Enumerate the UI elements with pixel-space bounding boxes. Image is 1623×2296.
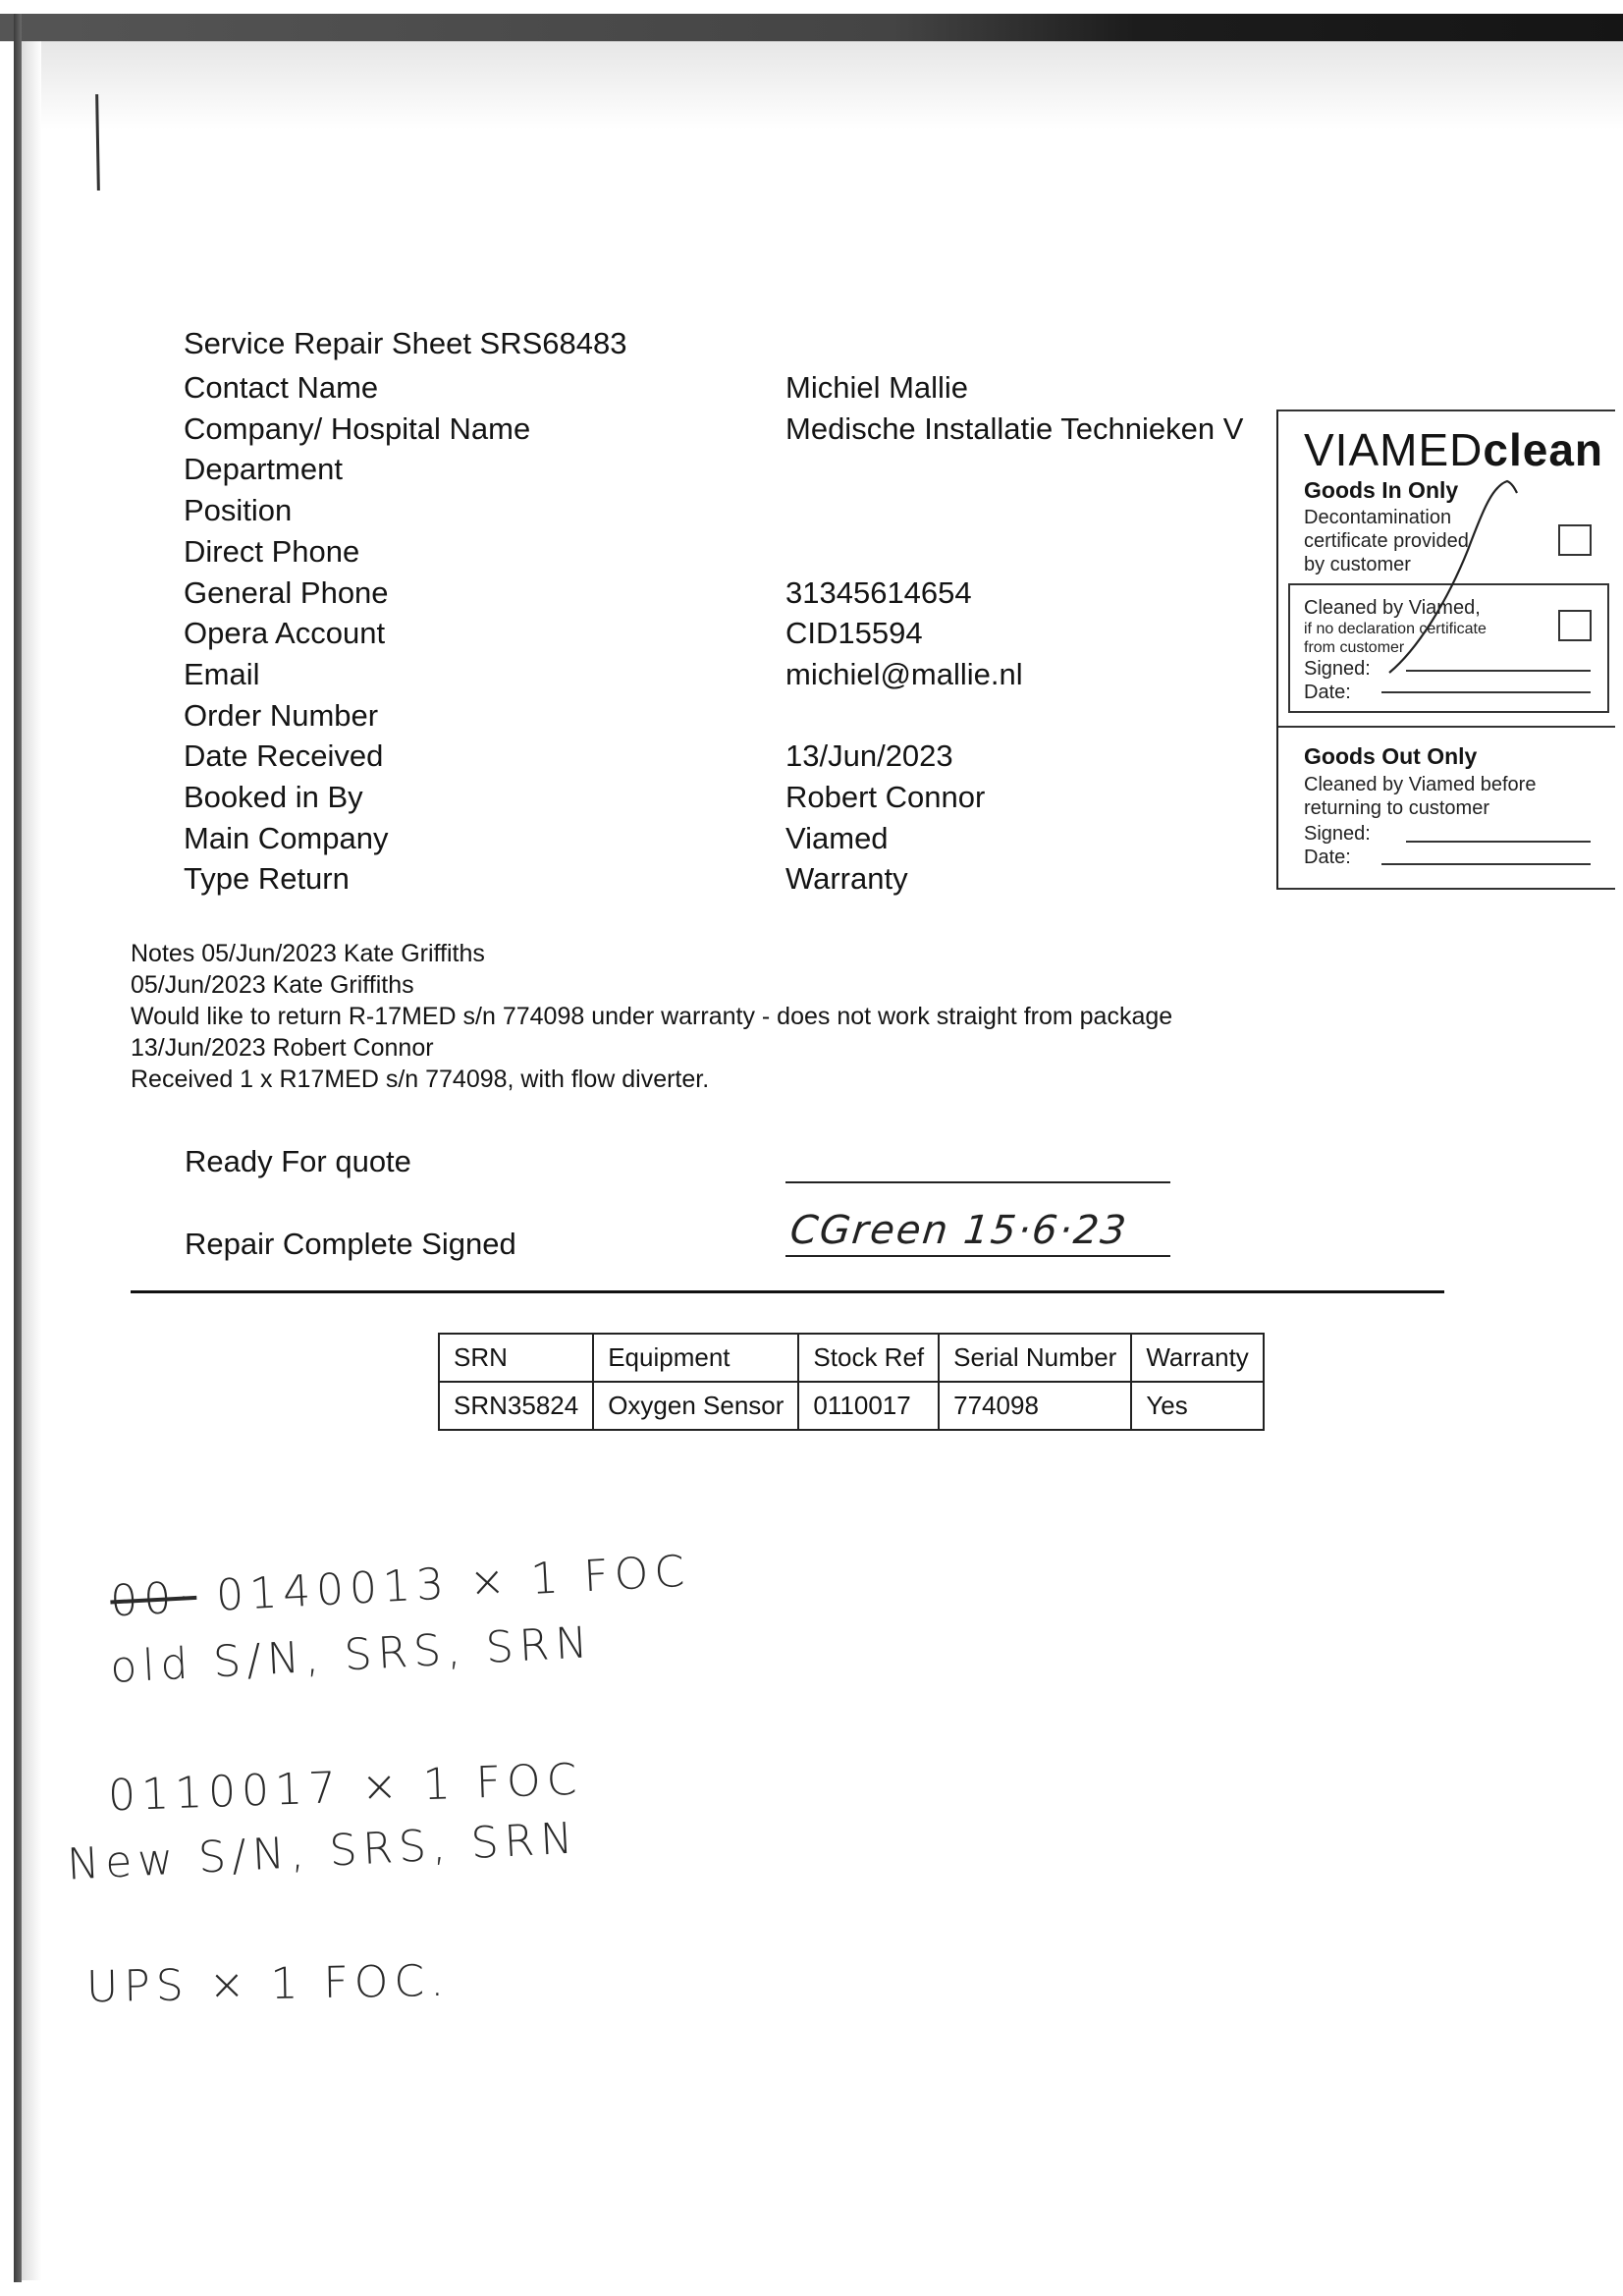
field-value: michiel@mallie.nl [785, 654, 1023, 695]
table-cell: Yes [1131, 1382, 1264, 1430]
ready-for-quote-line [785, 1181, 1170, 1183]
scan-border-left [14, 14, 22, 2282]
field-value: Warranty [785, 858, 908, 900]
struck-prefix: 00· [109, 1572, 198, 1627]
column-header: Stock Ref [798, 1334, 939, 1382]
table-cell: 774098 [939, 1382, 1131, 1430]
table-row: SRN35824Oxygen Sensor0110017774098Yes [439, 1382, 1264, 1430]
note-line: Received 1 x R17MED s/n 774098, with flo… [131, 1064, 709, 1095]
field-label: General Phone [184, 573, 389, 614]
field-label: Direct Phone [184, 531, 359, 573]
goods-out-signed-line [1406, 841, 1591, 843]
page-shadow [22, 41, 1623, 130]
sheet-title: Service Repair Sheet SRS68483 [184, 326, 626, 361]
field-label: Main Company [184, 818, 388, 859]
field-label: Opera Account [184, 613, 385, 654]
field-value: Robert Connor [785, 777, 985, 818]
note-line: Would like to return R-17MED s/n 774098 … [131, 1001, 1172, 1032]
scan-border-top [0, 14, 1623, 41]
field-value: 31345614654 [785, 573, 972, 614]
field-label: Order Number [184, 695, 378, 737]
handwritten-line-2: old S/N, SRS, SRN [109, 1617, 595, 1693]
field-label: Contact Name [184, 367, 378, 409]
cleaned-date-line [1381, 691, 1591, 693]
handwritten-line-5: UPS × 1 FOC. [86, 1956, 451, 2012]
stamp-divider [1278, 726, 1615, 728]
field-value: Viamed [785, 818, 889, 859]
repair-complete-label: Repair Complete Signed [185, 1227, 516, 1262]
field-label: Date Received [184, 736, 383, 777]
field-value: Michiel Mallie [785, 367, 968, 409]
handwritten-tick-mark [1350, 471, 1546, 687]
repair-signature: CGreen 15·6·23 [788, 1208, 1130, 1253]
cleaned-by-viamed-checkbox[interactable] [1558, 610, 1592, 641]
field-label: Type Return [184, 858, 350, 900]
column-header: Equipment [593, 1334, 798, 1382]
table-cell: 0110017 [798, 1382, 939, 1430]
field-label: Booked in By [184, 777, 363, 818]
column-header: Serial Number [939, 1334, 1131, 1382]
field-label: Department [184, 449, 343, 490]
handwritten-line-3: 0110017 × 1 FOC [107, 1755, 583, 1822]
goods-out-date-line [1381, 863, 1591, 865]
field-value: CID15594 [785, 613, 923, 654]
goods-out-heading: Goods Out Only [1304, 743, 1477, 770]
field-value: 13/Jun/2023 [785, 736, 953, 777]
equipment-table: SRNEquipmentStock RefSerial NumberWarran… [438, 1333, 1265, 1431]
page-edge-shadow [22, 41, 41, 2280]
decon-certificate-checkbox[interactable] [1558, 524, 1592, 556]
repair-complete-line [785, 1255, 1170, 1257]
handwritten-line-1: 00· 0140013 × 1 FOC [109, 1547, 691, 1627]
field-value: Medische Installatie Technieken V [785, 409, 1243, 450]
table-header-row: SRNEquipmentStock RefSerial NumberWarran… [439, 1334, 1264, 1382]
field-label: Company/ Hospital Name [184, 409, 530, 450]
handwritten-line-4: New S/N, SRS, SRN [66, 1813, 579, 1889]
viamed-clean-logo: VIAMEDclean [1304, 423, 1603, 476]
table-cell: Oxygen Sensor [593, 1382, 798, 1430]
table-cell: SRN35824 [439, 1382, 593, 1430]
column-header: SRN [439, 1334, 593, 1382]
note-line: 05/Jun/2023 Kate Griffiths [131, 969, 414, 1001]
field-label: Email [184, 654, 260, 695]
field-label: Position [184, 490, 292, 531]
section-divider [131, 1290, 1444, 1293]
ready-for-quote-label: Ready For quote [185, 1144, 411, 1179]
goods-out-text: Cleaned by Viamed before returning to cu… [1304, 773, 1536, 869]
note-line: Notes 05/Jun/2023 Kate Griffiths [131, 938, 485, 969]
note-line: 13/Jun/2023 Robert Connor [131, 1032, 434, 1064]
column-header: Warranty [1131, 1334, 1264, 1382]
